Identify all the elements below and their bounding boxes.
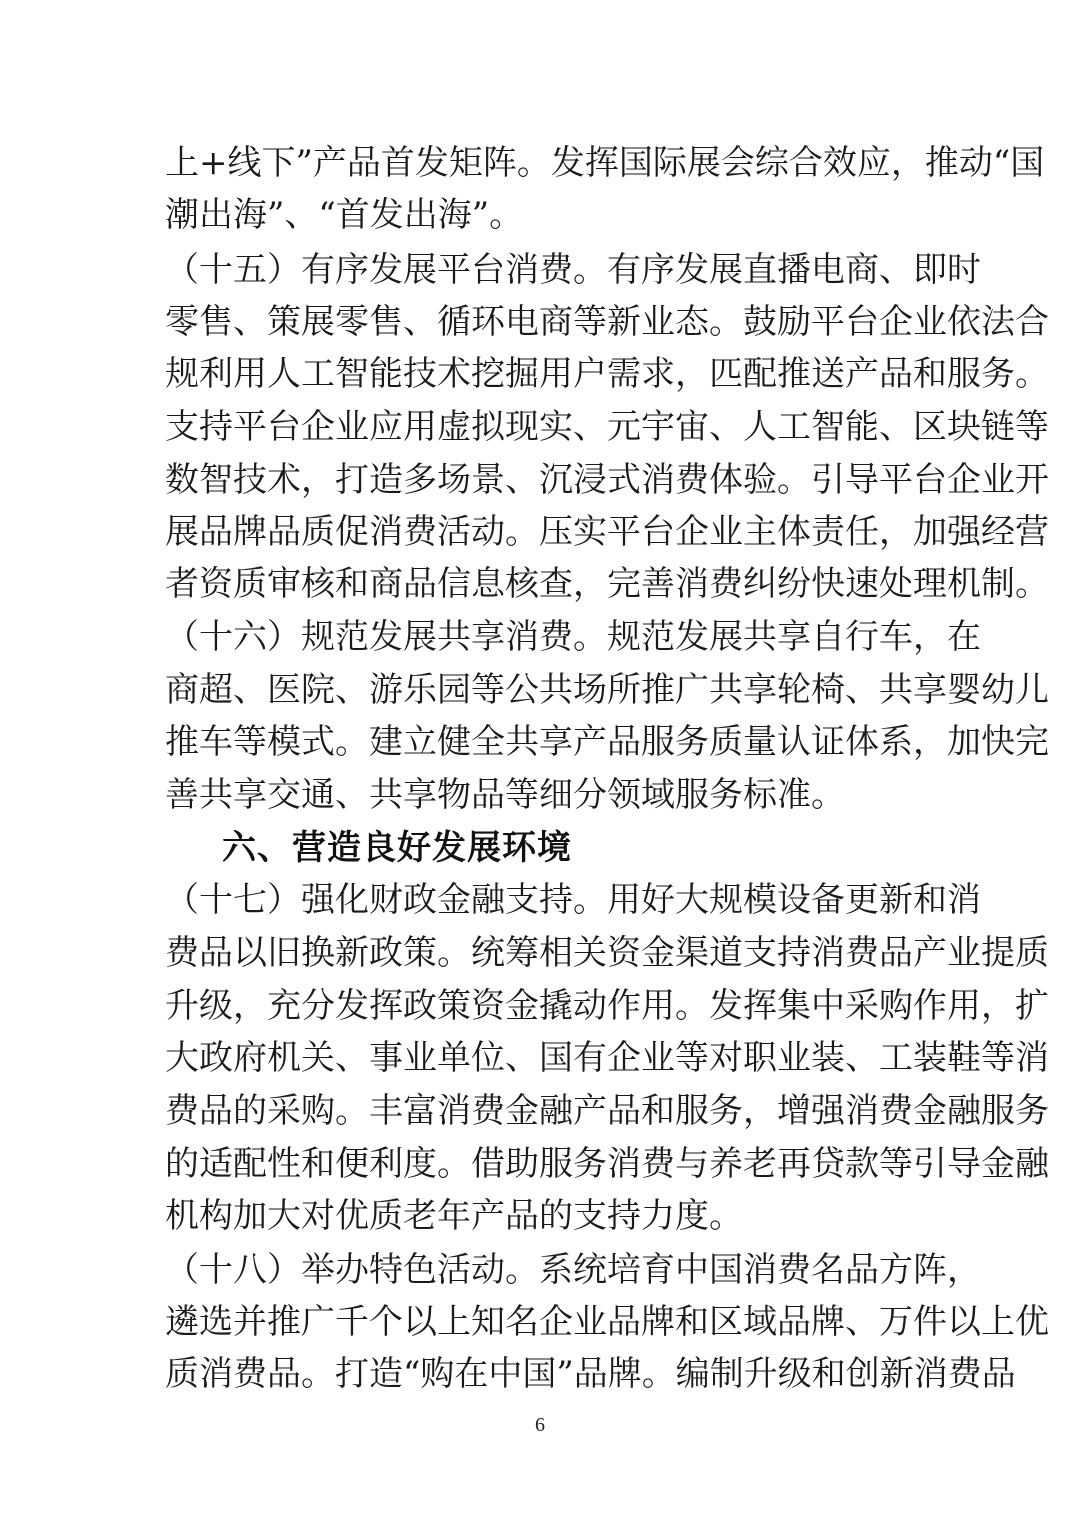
paragraph-18-first-line: （十八）举办特色活动。系统培育中国消费名品方阵， [165,1244,925,1296]
body-line: 上+线下”产品首发矩阵。发挥国际展会综合效应，推动“国 [165,137,925,189]
body-line: 零售、策展零售、循环电商等新业态。鼓励平台企业依法合 [165,296,925,348]
body-line: 潮出海”、“首发出海”。 [165,189,925,241]
paragraph-15-first-line: （十五）有序发展平台消费。有序发展直播电商、即时 [165,244,925,296]
body-line: 规利用人工智能技术挖掘用户需求，匹配推送产品和服务。 [165,348,925,400]
body-line: 的适配性和便利度。借助服务消费与养老再贷款等引导金融 [165,1138,925,1190]
body-line: 质消费品。打造“购在中国”品牌。编制升级和创新消费品 [165,1348,925,1400]
body-line: 者资质审核和商品信息核查，完善消费纠纷快速处理机制。 [165,558,925,610]
body-line: 升级，充分发挥政策资金撬动作用。发挥集中采购作用，扩 [165,980,925,1032]
document-page: 上+线下”产品首发矩阵。发挥国际展会综合效应，推动“国 潮出海”、“首发出海”。… [0,0,1080,1527]
body-line: 费品的采购。丰富消费金融产品和服务，增强消费金融服务 [165,1085,925,1137]
body-line: 善共享交通、共享物品等细分领域服务标准。 [165,769,925,821]
body-line: 机构加大对优质老年产品的支持力度。 [165,1190,925,1242]
body-line: 展品牌品质促消费活动。压实平台企业主体责任，加强经营 [165,506,925,558]
body-line: 推车等模式。建立健全共享产品服务质量认证体系，加快完 [165,716,925,768]
paragraph-16-first-line: （十六）规范发展共享消费。规范发展共享自行车，在 [165,611,925,663]
page-number: 6 [0,1414,1080,1437]
body-line: 支持平台企业应用虚拟现实、元宇宙、人工智能、区块链等 [165,401,925,453]
section-heading: 六、营造良好发展环境 [222,822,572,874]
body-line: 遴选并推广千个以上知名企业品牌和区域品牌、万件以上优 [165,1296,925,1348]
body-line: 商超、医院、游乐园等公共场所推广共享轮椅、共享婴幼儿 [165,664,925,716]
body-line: 费品以旧换新政策。统筹相关资金渠道支持消费品产业提质 [165,927,925,979]
body-line: 数智技术，打造多场景、沉浸式消费体验。引导平台企业开 [165,454,925,506]
body-line: 大政府机关、事业单位、国有企业等对职业装、工装鞋等消 [165,1032,925,1084]
paragraph-17-first-line: （十七）强化财政金融支持。用好大规模设备更新和消 [165,874,925,926]
